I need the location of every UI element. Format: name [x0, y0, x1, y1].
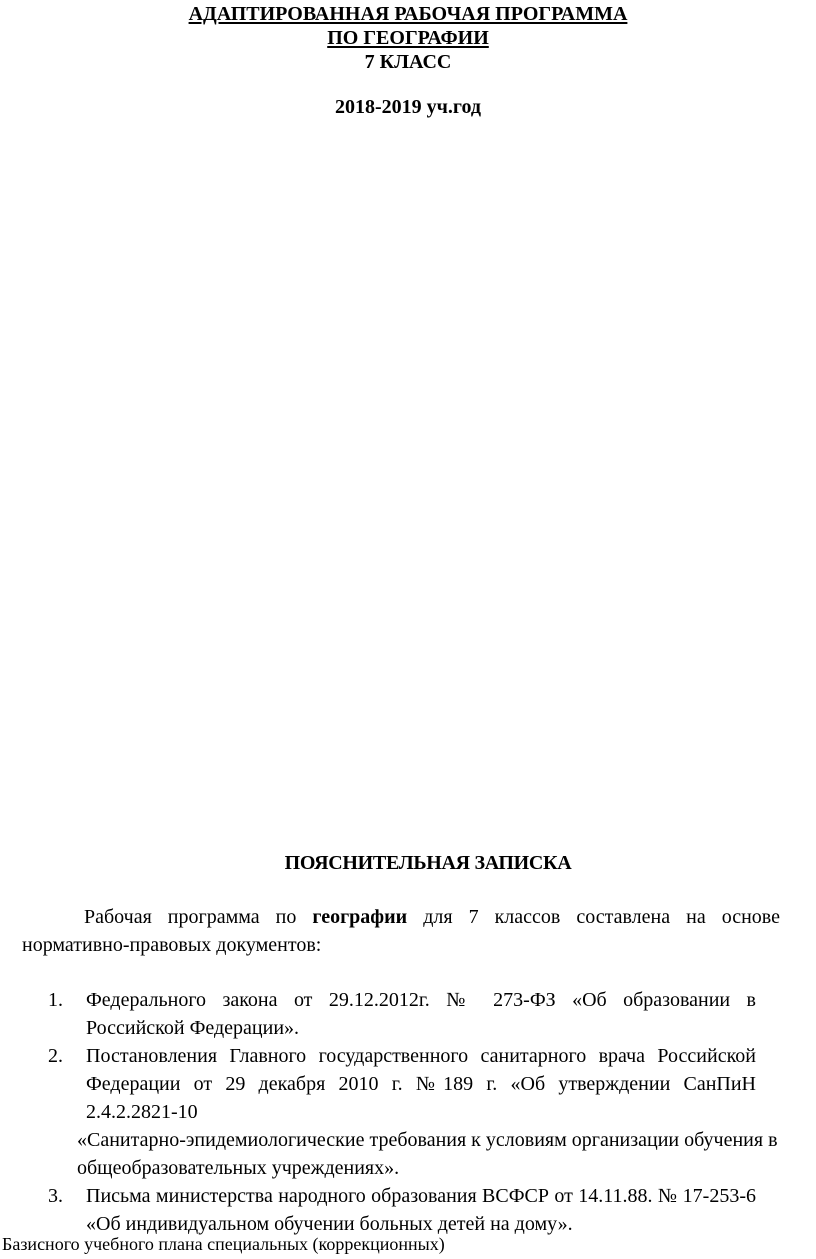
intro-paragraph: Рабочая программа по географии для 7 кла… — [22, 903, 780, 959]
academic-year: 2018-2019 уч.год — [0, 96, 816, 119]
grade-label: 7 КЛАСС — [0, 50, 816, 74]
list-text: Письма министерства народного образовани… — [86, 1185, 756, 1235]
partial-footer-text: Базисного учебного плана специальных (ко… — [2, 1233, 445, 1255]
list-item-continuation: «Санитарно-эпидемиологические требования… — [0, 1126, 807, 1182]
list-item: 1. Федерального закона от 29.12.2012г. №… — [0, 986, 756, 1042]
intro-subject: географии — [312, 906, 407, 928]
list-item: 3. Письма министерства народного образов… — [0, 1182, 756, 1238]
list-item: 2. Постановления Главного государственно… — [0, 1042, 756, 1126]
list-text: Федерального закона от 29.12.2012г. № 27… — [86, 989, 756, 1039]
list-text: Постановления Главного государственного … — [86, 1045, 756, 1123]
list-number: 2. — [48, 1042, 63, 1070]
list-number: 3. — [48, 1182, 63, 1210]
title-line-1: АДАПТИРОВАННАЯ РАБОЧАЯ ПРОГРАММА — [189, 3, 628, 25]
documents-list: 1. Федерального закона от 29.12.2012г. №… — [0, 986, 816, 1238]
intro-text-before: Рабочая программа по — [84, 906, 312, 928]
list-number: 1. — [48, 986, 63, 1014]
section-title: ПОЯСНИТЕЛЬНАЯ ЗАПИСКА — [0, 852, 816, 875]
document-title: АДАПТИРОВАННАЯ РАБОЧАЯ ПРОГРАММА ПО ГЕОГ… — [0, 2, 816, 74]
title-line-2: ПО ГЕОГРАФИИ — [327, 27, 489, 49]
